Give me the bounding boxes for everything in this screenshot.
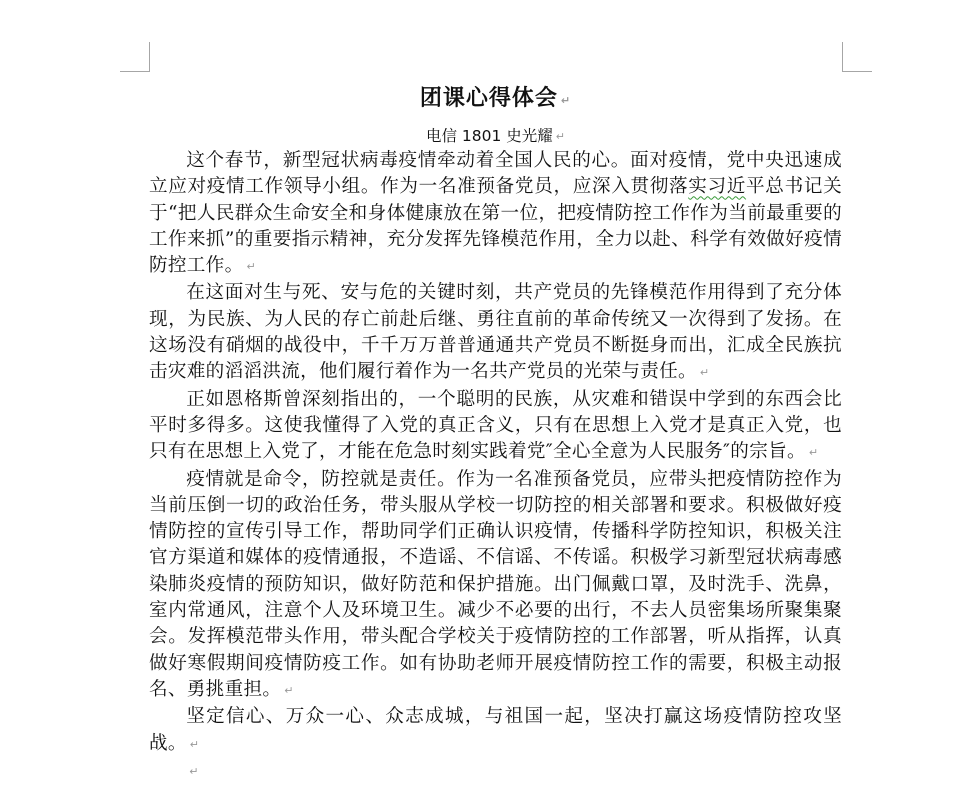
- title-text: 团课心得体会: [420, 86, 558, 111]
- paragraph-text: 坚定信心、万众一心、众志成城，与祖国一起，坚决打赢这场疫情防控攻坚战。: [149, 706, 842, 753]
- paragraph-text: 疫情就是命令，防控就是责任。作为一名准预备党员，应带头把疫情防控作为当前压倒一切…: [149, 469, 842, 700]
- paragraph-mark-icon: ↵: [700, 366, 710, 379]
- paragraph-mark-icon: ↵: [246, 260, 256, 273]
- paragraph-1[interactable]: 这个春节，新型冠状病毒疫情牵动着全国人民的心。面对疫情，党中央迅速成立应对疫情工…: [149, 148, 842, 280]
- empty-paragraph[interactable]: ↵: [149, 758, 842, 784]
- document-title[interactable]: 团课心得体会↵: [149, 84, 842, 116]
- paragraph-mark-icon: ↵: [809, 446, 819, 459]
- paragraph-mark-icon: ↵: [284, 684, 294, 697]
- author-text: 电信 1801 史光耀: [426, 127, 553, 145]
- document-body[interactable]: 这个春节，新型冠状病毒疫情牵动着全国人民的心。面对疫情，党中央迅速成立应对疫情工…: [149, 148, 842, 784]
- paragraph-mark-icon: ↵: [556, 130, 565, 143]
- paragraph-text: 正如恩格斯曾深刻指出的，一个聪明的民族，从灾难和错误中学到的东西会比平时多得多。…: [149, 389, 842, 463]
- paragraph-2[interactable]: 在这面对生与死、安与危的关键时刻，共产党员的先锋模范作用得到了充分体现，为民族、…: [149, 280, 842, 386]
- document-author-line[interactable]: 电信 1801 史光耀↵: [149, 124, 842, 149]
- page-corner-mark-top-right: [842, 42, 872, 72]
- spellcheck-flagged-text[interactable]: 实习近: [688, 176, 746, 197]
- paragraph-3[interactable]: 正如恩格斯曾深刻指出的，一个聪明的民族，从灾难和错误中学到的东西会比平时多得多。…: [149, 387, 842, 467]
- paragraph-5[interactable]: 坚定信心、万众一心、众志成城，与祖国一起，坚决打赢这场疫情防控攻坚战。↵: [149, 704, 842, 758]
- page-corner-mark-top-left: [120, 42, 150, 72]
- paragraph-mark-icon: ↵: [561, 94, 571, 107]
- paragraph-mark-icon: ↵: [190, 738, 200, 751]
- paragraph-text: 在这面对生与死、安与危的关键时刻，共产党员的先锋模范作用得到了充分体现，为民族、…: [149, 282, 842, 382]
- paragraph-4[interactable]: 疫情就是命令，防控就是责任。作为一名准预备党员，应带头把疫情防控作为当前压倒一切…: [149, 467, 842, 705]
- paragraph-mark-icon: ↵: [189, 765, 199, 778]
